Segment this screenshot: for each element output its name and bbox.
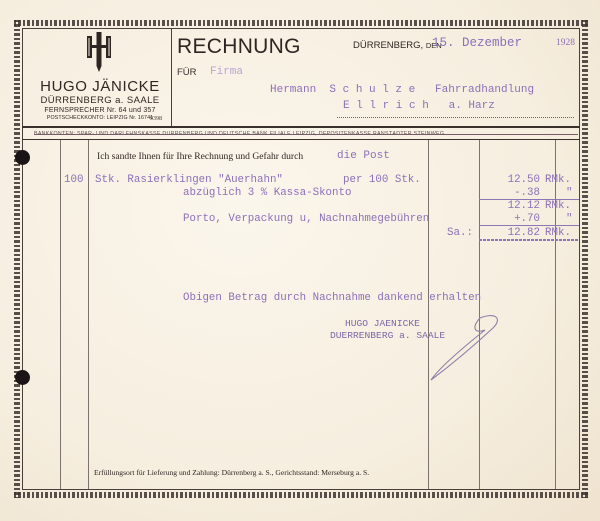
receipt-note: Obigen Betrag durch Nachnahme dankend er… bbox=[183, 292, 481, 304]
ornamental-border-right bbox=[582, 20, 588, 498]
postcheck-handwritten-number: 9398 bbox=[150, 116, 162, 122]
company-name: HUGO JÄNICKE bbox=[30, 78, 170, 95]
shipping-fee-amount: +.70 bbox=[490, 213, 540, 225]
company-city: DÜRRENBERG a. SAALE bbox=[30, 95, 170, 106]
recipient-city: E l l r i c h a. Harz bbox=[343, 100, 495, 112]
handwritten-signature bbox=[425, 312, 505, 384]
invoice-year: 1928 bbox=[556, 38, 575, 48]
inner-frame-bottom bbox=[22, 489, 580, 490]
legal-footer: Erfüllungsort für Lieferung und Zahlung:… bbox=[94, 468, 369, 477]
company-phone: FERNSPRECHER Nr. 64 und 357 bbox=[30, 107, 170, 114]
shipping-fee-currency: " bbox=[566, 213, 572, 225]
discount-description: abzüglich 3 % Kassa-Skonto bbox=[183, 187, 351, 199]
place-name: DÜRRENBERG, bbox=[353, 40, 423, 51]
ornamental-border-top bbox=[14, 20, 588, 26]
stamp-company: HUGO JAENICKE bbox=[345, 318, 420, 329]
discount-amount: -.38 bbox=[490, 187, 540, 199]
punch-hole-top bbox=[15, 150, 30, 165]
total-label: Sa.: bbox=[447, 227, 473, 239]
for-label: FÜR bbox=[177, 67, 197, 78]
invoice-paper: HUGO JÄNICKE DÜRRENBERG a. SAALE FERNSPR… bbox=[0, 0, 600, 521]
hj-monogram-icon bbox=[86, 32, 112, 72]
column-rule-total-right bbox=[555, 140, 556, 489]
letterhead-divider bbox=[171, 28, 172, 126]
shipping-method: die Post bbox=[337, 150, 390, 162]
item-unit: per 100 Stk. bbox=[343, 174, 421, 186]
item-amount: 12.50 bbox=[490, 174, 540, 186]
ornamental-border-bottom bbox=[14, 492, 588, 498]
subtotal-amount: 12.12 bbox=[490, 200, 540, 212]
document-title: RECHNUNG bbox=[177, 35, 301, 59]
recipient-name: Hermann S c h u l z e Fahrradhandlung bbox=[270, 84, 534, 96]
company-postcheck: POSTSCHECKKONTO: LEIPZIG Nr. 16741 bbox=[30, 115, 170, 121]
inner-frame-right bbox=[579, 28, 580, 490]
item-qty: 100 bbox=[64, 174, 83, 186]
ornamental-border-left bbox=[14, 20, 20, 498]
header-bottom-rule bbox=[22, 126, 580, 128]
total-currency: RMk. bbox=[545, 227, 571, 239]
company-block: HUGO JÄNICKE DÜRRENBERG a. SAALE FERNSPR… bbox=[30, 78, 170, 121]
invoice-date: 15. Dezember bbox=[432, 36, 522, 50]
item-description: Stk. Rasierklingen "Auerhahn" bbox=[95, 174, 283, 186]
punch-hole-bottom bbox=[15, 370, 30, 385]
bank-line-strikethrough bbox=[34, 134, 578, 135]
total-rule bbox=[479, 225, 579, 226]
recipient-prefix: Firma bbox=[210, 66, 243, 78]
place-label: DÜRRENBERG, DEN bbox=[353, 40, 442, 51]
total-double-rule bbox=[479, 239, 579, 241]
subtotal-currency: RMk. bbox=[545, 200, 571, 212]
shipping-fee-description: Porto, Verpackung u, Nachnahmegebühren bbox=[183, 213, 429, 225]
column-rule-qty-right bbox=[88, 140, 89, 489]
total-amount: 12.82 bbox=[490, 227, 540, 239]
inner-frame-top bbox=[22, 28, 580, 29]
inner-frame-left bbox=[22, 28, 23, 490]
item-currency: RMk. bbox=[545, 174, 571, 186]
discount-currency: " bbox=[566, 187, 572, 199]
shipping-intro: Ich sandte Ihnen für Ihre Rechnung und G… bbox=[97, 151, 303, 162]
recipient-dotted-line bbox=[337, 117, 574, 118]
bank-bottom-rule bbox=[22, 139, 580, 140]
column-rule-qty-left bbox=[60, 140, 61, 489]
